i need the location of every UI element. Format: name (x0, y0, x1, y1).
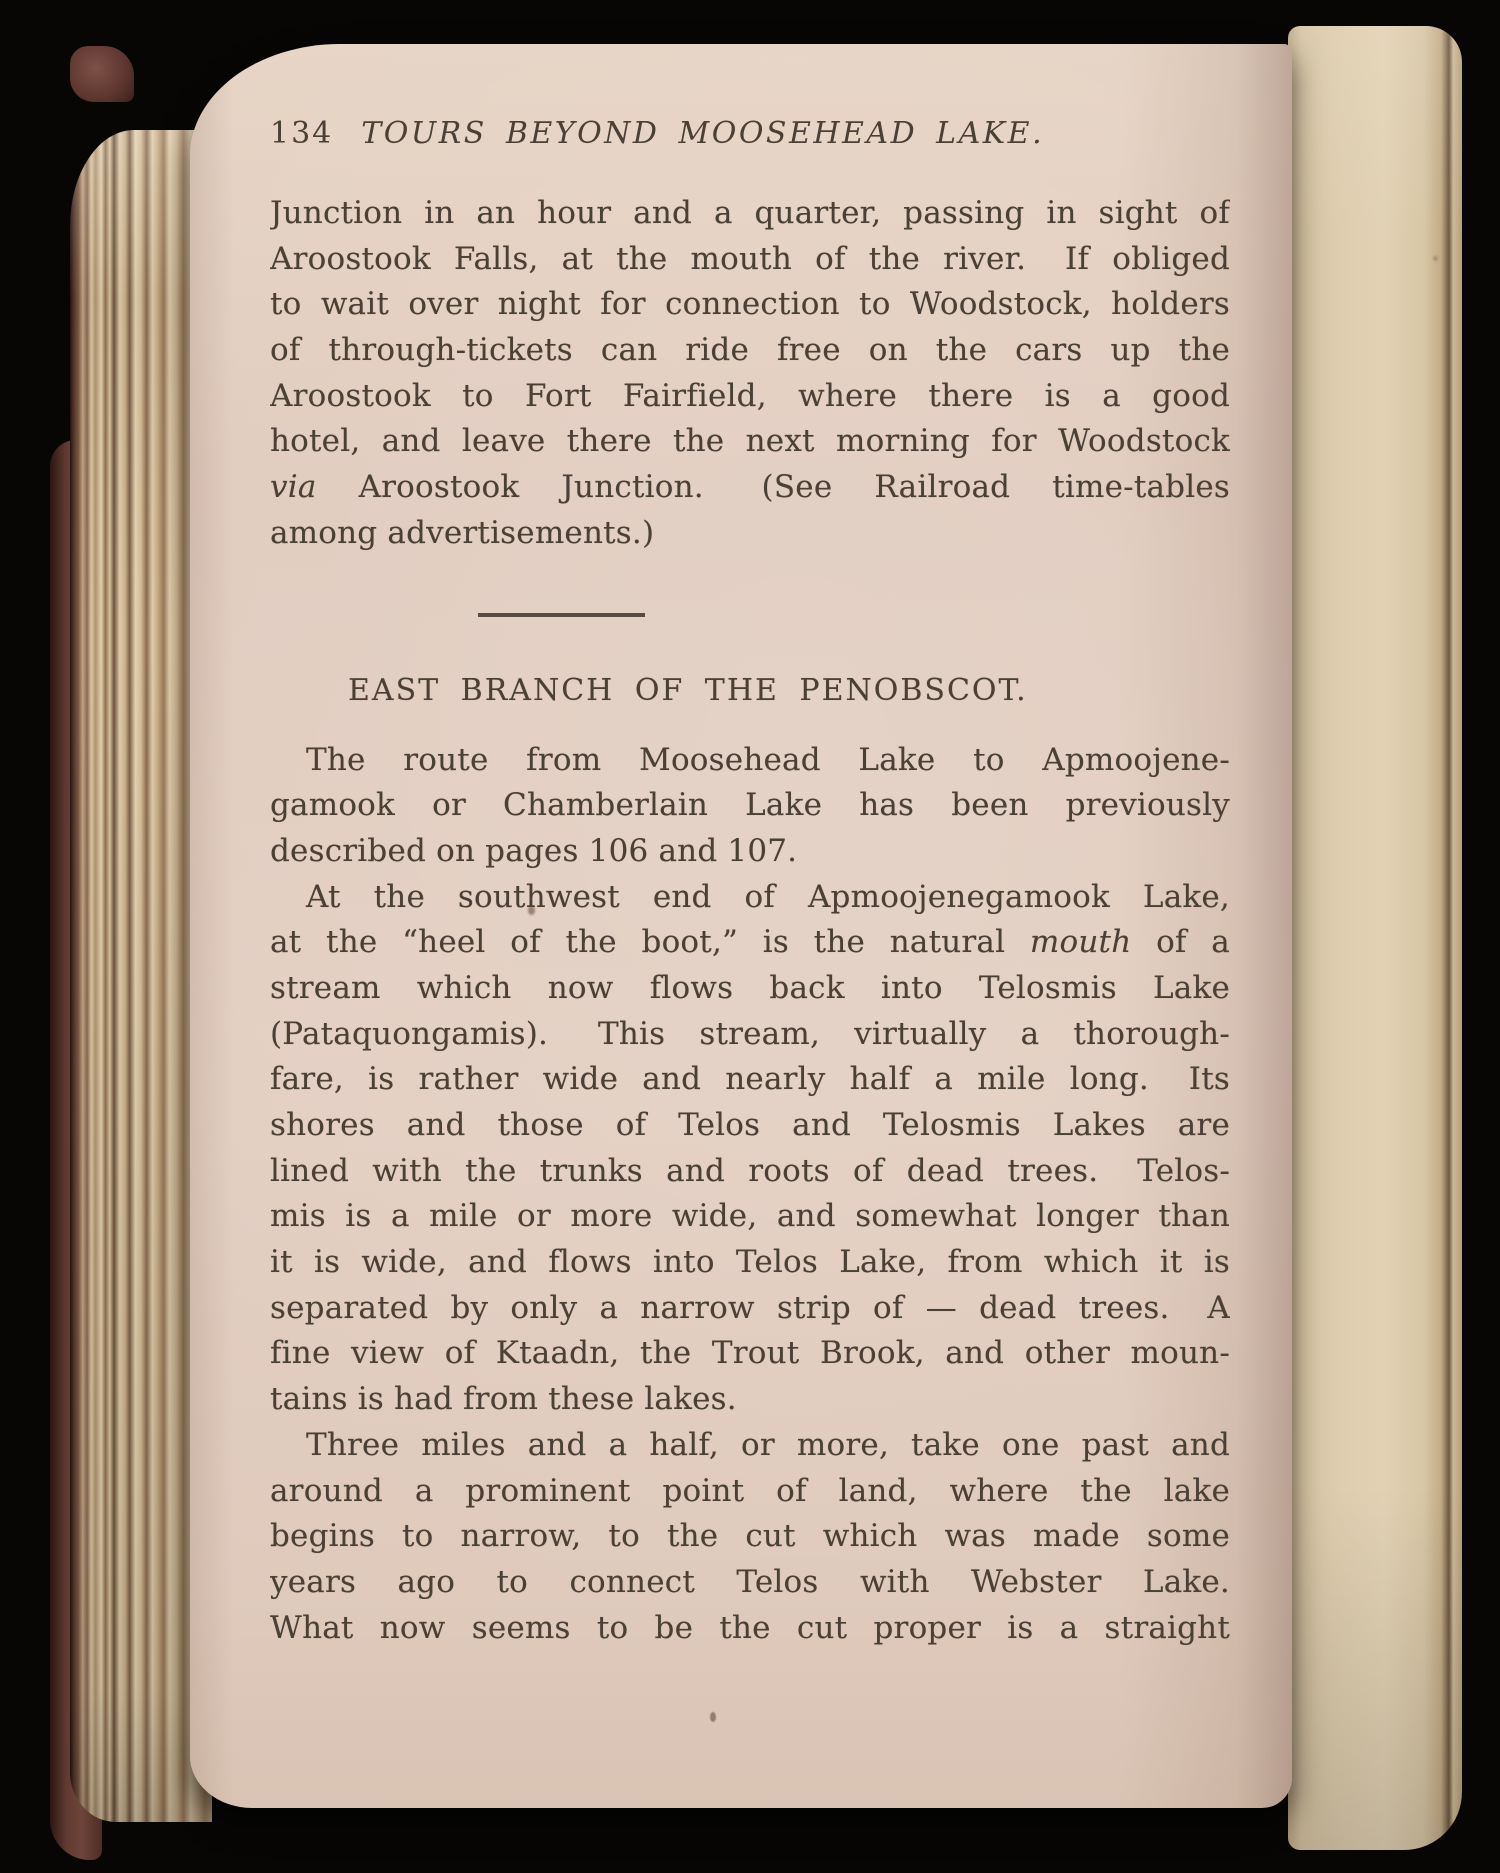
text-line: tains is had from these lakes. (270, 1377, 1230, 1423)
paragraph: Three miles and a half, or more, take on… (270, 1423, 1230, 1651)
paper-speck (1433, 256, 1438, 261)
paper-speck (528, 906, 535, 915)
text-line: fine view of Ktaadn, the Trout Brook, an… (270, 1331, 1230, 1377)
text-line: described on pages 106 and 107. (270, 829, 1230, 875)
text-line: gamook or Chamberlain Lake has been prev… (270, 783, 1230, 829)
text-line: Aroostook to Fort Fairfield, where there… (270, 374, 1230, 420)
text-line: it is wide, and flows into Telos Lake, f… (270, 1240, 1230, 1286)
text-line: Junction in an hour and a quarter, passi… (270, 191, 1230, 237)
text-line: Three miles and a half, or more, take on… (270, 1423, 1230, 1469)
page-text: Junction in an hour and a quarter, passi… (270, 191, 1230, 1651)
text-line: begins to narrow, to the cut which was m… (270, 1514, 1230, 1560)
book-photo: 134 TOURS BEYOND MOOSEHEAD LAKE. Junctio… (0, 0, 1500, 1873)
text-line: shores and those of Telos and Telosmis L… (270, 1103, 1230, 1149)
text-line: around a prominent point of land, where … (270, 1469, 1230, 1515)
text-line: lined with the trunks and roots of dead … (270, 1149, 1230, 1195)
book-page: 134 TOURS BEYOND MOOSEHEAD LAKE. Junctio… (190, 44, 1292, 1808)
paragraph: Junction in an hour and a quarter, passi… (270, 191, 1230, 557)
text-line: Aroostook Falls, at the mouth of the riv… (270, 237, 1230, 283)
text-line: What now seems to be the cut proper is a… (270, 1606, 1230, 1652)
text-line: years ago to connect Telos with Webster … (270, 1560, 1230, 1606)
underlying-page-edge (1288, 26, 1462, 1850)
text-line: separated by only a narrow strip of — de… (270, 1286, 1230, 1332)
text-line: to wait over night for connection to Woo… (270, 282, 1230, 328)
text-line: hotel, and leave there the next morning … (270, 419, 1230, 465)
text-line: stream which now flows back into Telosmi… (270, 966, 1230, 1012)
running-title: TOURS BEYOND MOOSEHEAD LAKE. (361, 116, 1044, 151)
text-line: The route from Moosehead Lake to Apmooje… (270, 738, 1230, 784)
book-cover-corner (70, 46, 134, 102)
text-line: via Aroostook Junction. (See Railroad ti… (270, 465, 1230, 511)
running-head: 134 TOURS BEYOND MOOSEHEAD LAKE. (270, 116, 1292, 156)
text-line: At the southwest end of Apmoojenegamook … (270, 875, 1230, 921)
page-number: 134 (270, 116, 333, 151)
text-line: mis is a mile or more wide, and somewhat… (270, 1194, 1230, 1240)
paper-speck (710, 1712, 716, 1722)
paragraph: The route from Moosehead Lake to Apmooje… (270, 738, 1230, 875)
section-divider (478, 613, 645, 617)
text-line: among advertisements.) (270, 511, 1230, 557)
paragraph: At the southwest end of Apmoojenegamook … (270, 875, 1230, 1423)
section-heading: EAST BRANCH OF THE PENOBSCOT. (348, 673, 1230, 709)
text-line: (Pataquongamis). This stream, virtually … (270, 1012, 1230, 1058)
text-line: at the “heel of the boot,” is the natura… (270, 920, 1230, 966)
text-line: fare, is rather wide and nearly half a m… (270, 1057, 1230, 1103)
text-line: of through-tickets can ride free on the … (270, 328, 1230, 374)
